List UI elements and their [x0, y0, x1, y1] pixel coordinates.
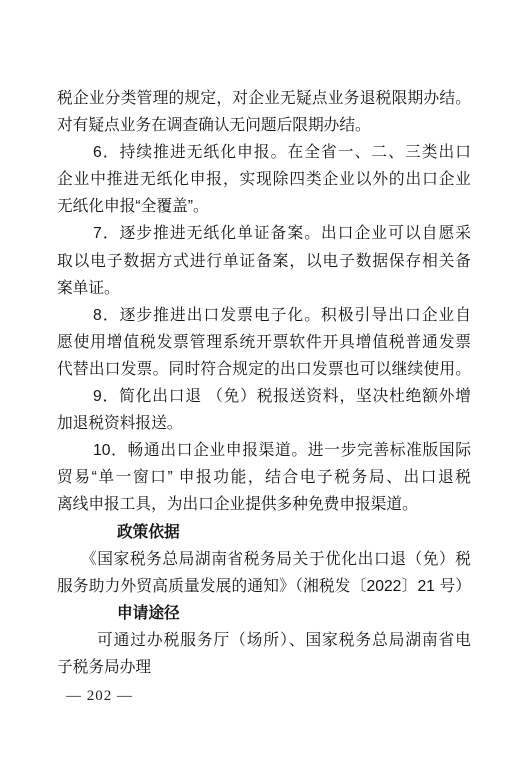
text-line-item-8: 8．逐步推进出口发票电子化。积极引导出口企业自 [57, 302, 471, 329]
text-line: 税企业分类管理的规定，对企业无疑点业务退税限期办结。 [57, 85, 471, 112]
text-line: 取以电子数据方式进行单证备案，以电子数据保存相关备 [57, 248, 471, 275]
text-line: 企业中推进无纸化申报，实现除四类企业以外的出口企业 [57, 166, 471, 193]
text-line: 愿使用增值税发票管理系统开票软件开具增值税普通发票 [57, 329, 471, 356]
text-line: 子税务局办理 [57, 654, 471, 681]
page-text-block: 税企业分类管理的规定，对企业无疑点业务退税限期办结。 对有疑点业务在调查确认无问… [57, 85, 471, 681]
heading-policy-basis: 政策依据 [57, 519, 471, 546]
text-line: 贸易“单一窗口” 申报功能，结合电子税务局、出口退税 [57, 464, 471, 491]
text-line: 案单证。 [57, 275, 471, 302]
text-line-policy-document-title: 《国家税务总局湖南省税务局关于优化出口退（免）税 [57, 546, 471, 573]
heading-application-channel: 申请途径 [57, 600, 471, 627]
text-line: 加退税资料报送。 [57, 410, 471, 437]
document-page: 税企业分类管理的规定，对企业无疑点业务退税限期办结。 对有疑点业务在调查确认无问… [0, 0, 528, 767]
text-line: 代替出口发票。同时符合规定的出口发票也可以继续使用。 [57, 356, 471, 383]
text-line-policy-document-number: 服务助力外贸高质量发展的通知》（湘税发〔2022〕21 号） [57, 573, 471, 600]
text-line: 对有疑点业务在调查确认无问题后限期办结。 [57, 112, 471, 139]
text-line-item-10: 10．畅通出口企业申报渠道。进一步完善标准版国际 [57, 437, 471, 464]
text-line: 离线申报工具，为出口企业提供多种免费申报渠道。 [57, 491, 471, 518]
text-line-application-channel: 可通过办税服务厅（场所）、国家税务总局湖南省电 [57, 627, 471, 654]
text-line-item-6: 6．持续推进无纸化申报。在全省一、二、三类出口 [57, 139, 471, 166]
text-line-item-7: 7．逐步推进无纸化单证备案。出口企业可以自愿采 [57, 220, 471, 247]
text-line-item-9: 9．简化出口退 （免）税报送资料，坚决杜绝额外增 [57, 383, 471, 410]
page-number: — 202 — [66, 688, 133, 705]
text-line: 无纸化申报“全覆盖”。 [57, 193, 471, 220]
